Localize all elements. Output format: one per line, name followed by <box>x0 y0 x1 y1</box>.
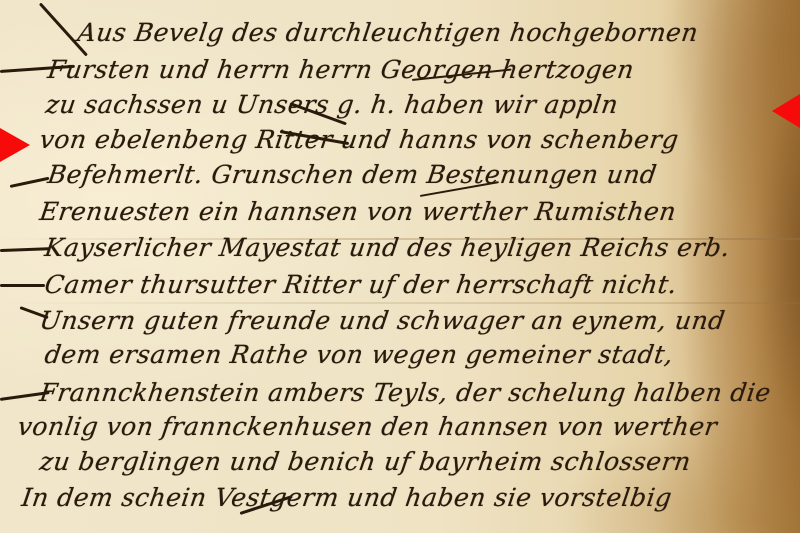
manuscript-line: Befehmerlt. Grunschen dem Bestenungen un… <box>46 160 659 189</box>
paper-fold <box>0 302 800 304</box>
manuscript-line: Aus Bevelg des durchleuchtigen hochgebor… <box>76 18 700 47</box>
manuscript-line: zu sachssen u Unsers g. h. haben wir app… <box>44 90 620 119</box>
manuscript-page: Aus Bevelg des durchleuchtigen hochgebor… <box>0 0 800 533</box>
flourish-stroke <box>10 177 50 188</box>
manuscript-line: Unsern guten freunde und schwager an eyn… <box>38 306 727 335</box>
manuscript-line: Erenuesten ein hannsen von werther Rumis… <box>38 197 678 226</box>
red-arrow-marker-left <box>0 128 30 162</box>
manuscript-line: Fursten und herrn herrn Georgen hertzoge… <box>46 55 636 84</box>
manuscript-line: Frannckhenstein ambers Teyls, der schelu… <box>38 378 773 407</box>
flourish-stroke <box>0 247 50 252</box>
manuscript-line: zu berglingen und benich uf bayrheim sch… <box>38 447 693 476</box>
flourish-stroke <box>0 284 45 287</box>
manuscript-line: dem ersamen Rathe von wegen gemeiner sta… <box>43 340 675 369</box>
manuscript-line: Camer thursutter Ritter uf der herrschaf… <box>43 270 679 299</box>
manuscript-line: In dem schein Vestgerm und haben sie vor… <box>20 483 674 512</box>
manuscript-line: von ebelenbeng Ritter und hanns von sche… <box>38 125 681 154</box>
manuscript-line: Kayserlicher Mayestat und des heyligen R… <box>43 233 732 262</box>
manuscript-line: vonlig von frannckenhusen den hannsen vo… <box>16 412 719 441</box>
red-arrow-marker-right <box>772 94 800 128</box>
